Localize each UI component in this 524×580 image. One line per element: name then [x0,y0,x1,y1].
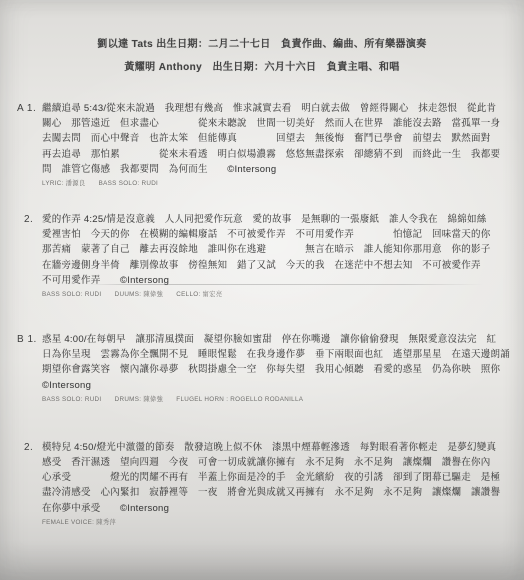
lyric-line: 關心 那管遠近 但求盡心 從來未聽說 世間一切美好 然而人在世界 誰能沒去路 當… [42,116,514,131]
song-section-a2: 2. 愛的作弄 4:25/情是沒意義 人人同把愛作玩意 愛的故事 是無聊的一張廢… [0,212,524,301]
lyric-line: 惑星 4:00/在每朝早 讓那清風撲面 凝望你臉如蜜甜 停在你嘴邊 讓你偷偷發現… [42,332,514,347]
lyrics-block: 愛的作弄 4:25/情是沒意義 人人同把愛作玩意 愛的故事 是無聊的一張廢紙 誰… [42,212,514,301]
lyrics-block: 模特兒 4:50/燈光中激盪的節奏 散發這晚上似不休 漆黑中煙幕輕滲透 每對眼看… [42,440,514,529]
song-section-b1: B 1. 惑星 4:00/在每朝早 讓那清風撲面 凝望你臉如蜜甜 停在你嘴邊 讓… [0,332,524,406]
scan-artifact-line [88,284,484,285]
lyric-line: 問 誰管它傷感 我都要問 為何而生 ©Intersong [42,162,514,177]
musician-credits: BASS SOLO: RUDI DUUMS: 陳偉強 CELLO: 甯宏亮 [42,289,514,301]
lyric-line: 愛的作弄 4:25/情是沒意義 人人同把愛作玩意 愛的故事 是無聊的一張廢紙 誰… [42,212,514,227]
track-number-b2: 2. [17,440,42,455]
artist-credit-line-tats: 劉以達 Tats 出生日期：二月二十七日 負責作曲、編曲、所有樂器演奏 [0,33,524,56]
artist-credits-header: 劉以達 Tats 出生日期：二月二十七日 負責作曲、編曲、所有樂器演奏 黃耀明 … [0,0,524,79]
lyric-line: 期望你會露笑容 懷內讓你尋夢 秋悶掛慮全一空 你每失望 我用心傾聽 看愛的惑星 … [42,362,514,377]
musician-credits: BASS SOLO: RUDI DRUMS: 陳偉強 FLUGEL HORN :… [42,394,514,406]
lyric-line: 那苦痛 蒙著了自己 離去再沒餘地 誰叫你在逃避 無言在暗示 誰人能知你那用意 你… [42,242,514,257]
lyric-line: 盡冷清感受 心內緊扣 寂靜裡等 一夜 將會光與成就又再擁有 永不足夠 永不足夠 … [42,485,514,500]
copyright-line: ©Intersong [42,378,514,393]
lyric-line: 在牆旁邊側身半倚 離別像故事 傍徨無知 錯了又試 今天的我 在迷茫中不想去知 不… [42,258,514,273]
track-number-b1: B 1. [17,332,42,347]
song-section-a1: A 1. 繼續追尋 5:43/從來未說過 我理想有幾高 惟求誠實去看 明白就去做… [0,101,524,190]
lyrics-sheet: 劉以達 Tats 出生日期：二月二十七日 負責作曲、編曲、所有樂器演奏 黃耀明 … [0,0,524,580]
lyric-line: 繼續追尋 5:43/從來未說過 我理想有幾高 惟求誠實去看 明白就去做 曾經得關… [42,101,514,116]
song-section-b2: 2. 模特兒 4:50/燈光中激盪的節奏 散發這晚上似不休 漆黑中煙幕輕滲透 每… [0,440,524,529]
artist-credit-line-anthony: 黃耀明 Anthony 出生日期：六月十六日 負責主唱、和唱 [0,56,524,79]
lyric-line: 感受 香汗濕透 望向四週 今夜 可會一切成就讓你擁有 永不足夠 永不足夠 讓燦爛… [42,455,514,470]
scan-shadow-bottom [0,540,524,580]
musician-credits: FEMALE VOICE: 陳秀萍 [42,517,514,529]
lyrics-block: 惑星 4:00/在每朝早 讓那清風撲面 凝望你臉如蜜甜 停在你嘴邊 讓你偷偷發現… [42,332,514,406]
lyric-line: 模特兒 4:50/燈光中激盪的節奏 散發這晚上似不休 漆黑中煙幕輕滲透 每對眼看… [42,440,514,455]
lyric-line: 愛裡害怕 今天的你 在模糊的編輯廢話 不可被愛作弄 不可用愛作弄 怕憶記 回味當… [42,227,514,242]
lyric-line: 心承受 燈光的閃耀不再有 半蓋上你面是冷的手 金光繽紛 夜的引誘 卻到了閉幕已驅… [42,470,514,485]
musician-credits: LYRIC: 潘源良 BASS SOLO: RUDI [42,178,514,190]
lyrics-block: 繼續追尋 5:43/從來未說過 我理想有幾高 惟求誠實去看 明白就去做 曾經得關… [42,101,514,190]
lyric-line: 日為你呈現 雲霧為你全飄開不見 睡眼惺鬆 在我身邊作夢 垂下兩眼面也紅 遙望那星… [42,347,514,362]
lyric-line: 不可用愛作弄 ©Intersong [42,273,514,288]
lyric-line: 再去追尋 那怕累 從來未看透 明白似場濃霧 悠悠無盡探索 卻總猜不到 而終此一生… [42,147,514,162]
track-number-a1: A 1. [17,101,42,116]
lyric-line: 在你夢中承受 ©Intersong [42,501,514,516]
lyric-line: 去闖去問 而心中聲音 也許太笨 但能傳真 回望去 無後悔 奮鬥已學會 前望去 默… [42,131,514,146]
track-number-a2: 2. [17,212,42,227]
